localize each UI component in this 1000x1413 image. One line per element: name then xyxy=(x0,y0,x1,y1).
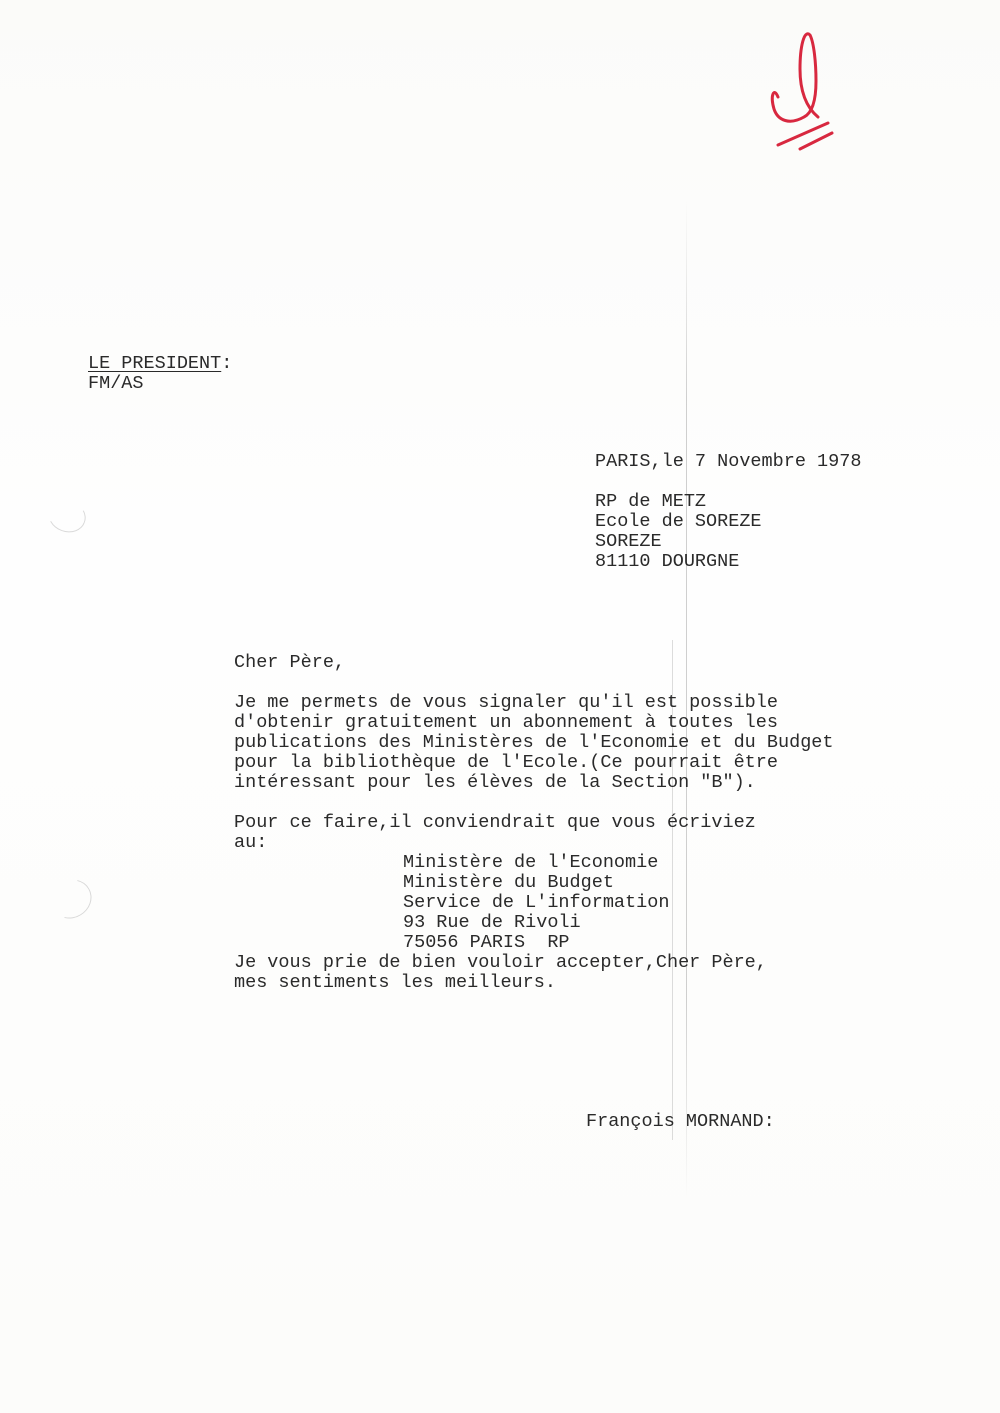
body-line: publications des Ministères de l'Economi… xyxy=(234,733,834,753)
address-line: Service de L'information xyxy=(403,893,669,913)
reference-code: FM/AS xyxy=(88,374,144,394)
closing-line: mes sentiments les meilleurs. xyxy=(234,973,556,993)
body-line: au: xyxy=(234,833,267,853)
address-line: 75056 PARIS RP xyxy=(403,933,570,953)
signature: François MORNAND: xyxy=(586,1112,775,1132)
date-line: PARIS,le 7 Novembre 1978 xyxy=(595,452,861,472)
address-line: 93 Rue de Rivoli xyxy=(403,913,581,933)
handwritten-red-mark-icon xyxy=(760,25,850,155)
title-colon: : xyxy=(221,353,232,374)
recipient-line: 81110 DOURGNE xyxy=(595,552,739,572)
address-line: Ministère du Budget xyxy=(403,873,614,893)
salutation: Cher Père, xyxy=(234,653,345,673)
address-line: Ministère de l'Economie xyxy=(403,853,658,873)
recipient-line: SOREZE xyxy=(595,532,662,552)
body-line: Je me permets de vous signaler qu'il est… xyxy=(234,693,778,713)
recipient-line: RP de METZ xyxy=(595,492,706,512)
closing-line: Je vous prie de bien vouloir accepter,Ch… xyxy=(234,953,767,973)
body-line: intéressant pour les élèves de la Sectio… xyxy=(234,773,756,793)
body-line: pour la bibliothèque de l'Ecole.(Ce pour… xyxy=(234,753,778,773)
body-line: d'obtenir gratuitement un abonnement à t… xyxy=(234,713,778,733)
header-title: LE PRESIDENT: xyxy=(88,354,232,374)
recipient-line: Ecole de SOREZE xyxy=(595,512,762,532)
president-title: LE PRESIDENT xyxy=(88,353,221,374)
body-line: Pour ce faire,il conviendrait que vous é… xyxy=(234,813,756,833)
